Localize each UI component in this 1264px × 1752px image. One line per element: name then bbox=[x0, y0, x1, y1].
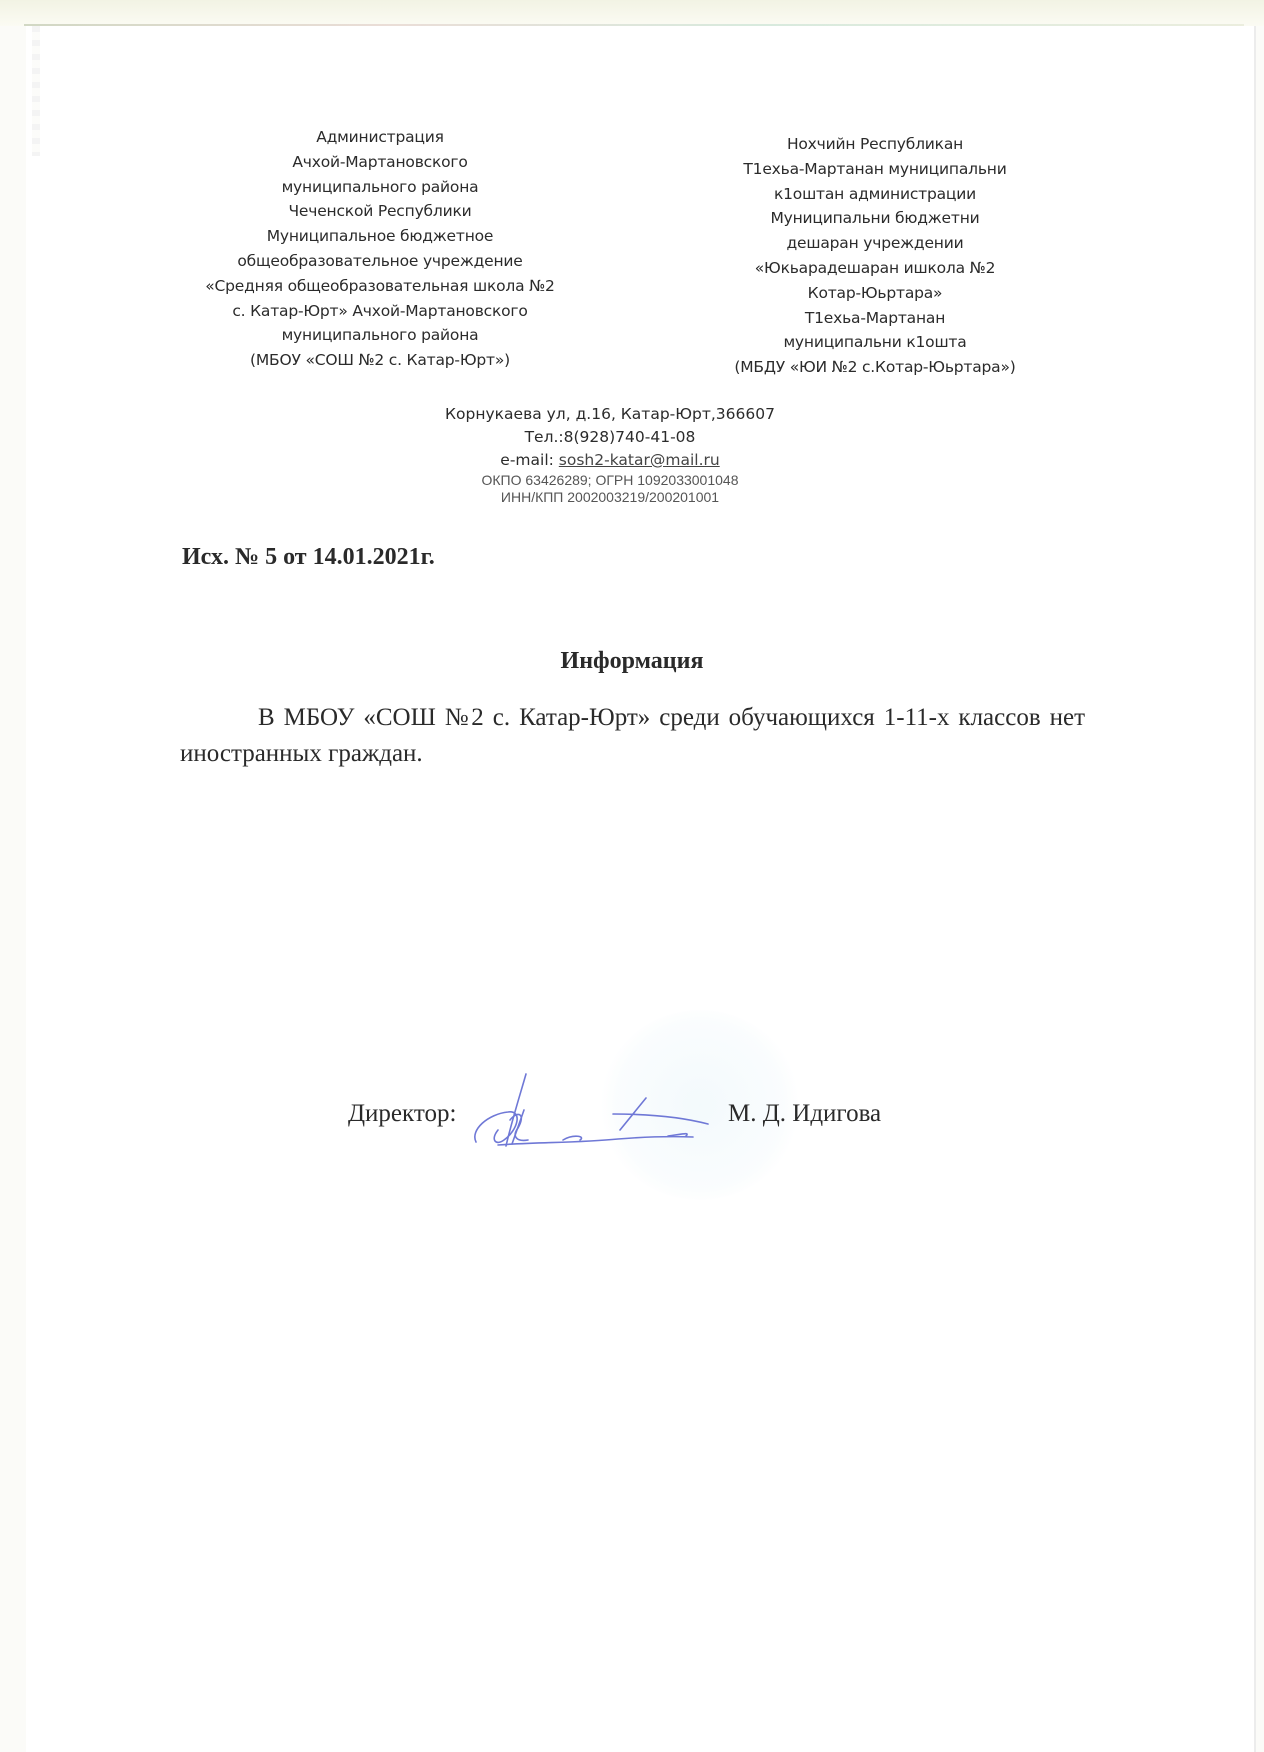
letterhead-line: Чеченской Республики bbox=[175, 199, 585, 224]
letterhead-chechen: Нохчийн Республикан Т1ехьа-Мартанан муни… bbox=[690, 132, 1060, 380]
letterhead-line: Нохчийн Республикан bbox=[690, 132, 1060, 157]
letterhead-russian: Администрация Ачхой-Мартановского муници… bbox=[175, 125, 585, 373]
phone: Тел.:8(928)740-41-08 bbox=[400, 426, 820, 449]
signatory-name: М. Д. Идигова bbox=[728, 1100, 881, 1128]
letterhead-line: Ачхой-Мартановского bbox=[175, 150, 585, 175]
scan-edge-line bbox=[24, 24, 1244, 26]
letterhead-line: Котар-Юьртара» bbox=[690, 281, 1060, 306]
letterhead-line: муниципального района bbox=[175, 323, 585, 348]
letterhead-line: Муниципальное бюджетное bbox=[175, 224, 585, 249]
letterhead-line: (МБДУ «ЮИ №2 с.Котар-Юьртара») bbox=[690, 355, 1060, 380]
signatory-title: Директор: bbox=[348, 1100, 456, 1128]
signature-row: Директор: М. Д. Идигова bbox=[348, 1100, 968, 1160]
letterhead-line: Муниципальни бюджетни bbox=[690, 206, 1060, 231]
contact-block: Корнукаева ул, д.16, Катар-Юрт,366607 Те… bbox=[400, 403, 820, 506]
letterhead-line: «Юкьарадешаран ишкола №2 bbox=[690, 256, 1060, 281]
scan-left-artifact bbox=[32, 26, 40, 156]
outgoing-number: Исх. № 5 от 14.01.2021г. bbox=[182, 544, 435, 571]
letterhead-line: дешаран учреждении bbox=[690, 231, 1060, 256]
letterhead-line: к1оштан администрации bbox=[690, 182, 1060, 207]
address: Корнукаева ул, д.16, Катар-Юрт,366607 bbox=[400, 403, 820, 426]
scan-top-edge bbox=[0, 0, 1264, 26]
handwritten-signature-icon bbox=[468, 1070, 738, 1150]
letterhead-line: Т1ехьа-Мартанан муниципальни bbox=[690, 157, 1060, 182]
email-line: e-mail: sosh2-katar@mail.ru bbox=[400, 449, 820, 472]
inn-kpp: ИНН/КПП 2002003219/200201001 bbox=[400, 489, 820, 506]
letterhead-line: общеобразовательное учреждение bbox=[175, 249, 585, 274]
letterhead-line: муниципального района bbox=[175, 175, 585, 200]
email-link[interactable]: sosh2-katar@mail.ru bbox=[559, 451, 720, 469]
letterhead-line: с. Катар-Юрт» Ачхой-Мартановского bbox=[175, 299, 585, 324]
document-title: Информация bbox=[0, 648, 1264, 675]
letterhead-line: муниципальни к1ошта bbox=[690, 330, 1060, 355]
letterhead-line: «Средняя общеобразовательная школа №2 bbox=[145, 274, 615, 299]
letterhead-line: Администрация bbox=[175, 125, 585, 150]
okpo-ogrn: ОКПО 63426289; ОГРН 1092033001048 bbox=[400, 472, 820, 489]
document-body: В МБОУ «СОШ №2 с. Катар-Юрт» среди обуча… bbox=[180, 700, 1085, 772]
letterhead-line: (МБОУ «СОШ №2 с. Катар-Юрт») bbox=[175, 348, 585, 373]
letterhead-line: Т1ехьа-Мартанан bbox=[690, 306, 1060, 331]
scan-right-edge bbox=[1254, 26, 1256, 1752]
email-label: e-mail: bbox=[500, 451, 559, 469]
